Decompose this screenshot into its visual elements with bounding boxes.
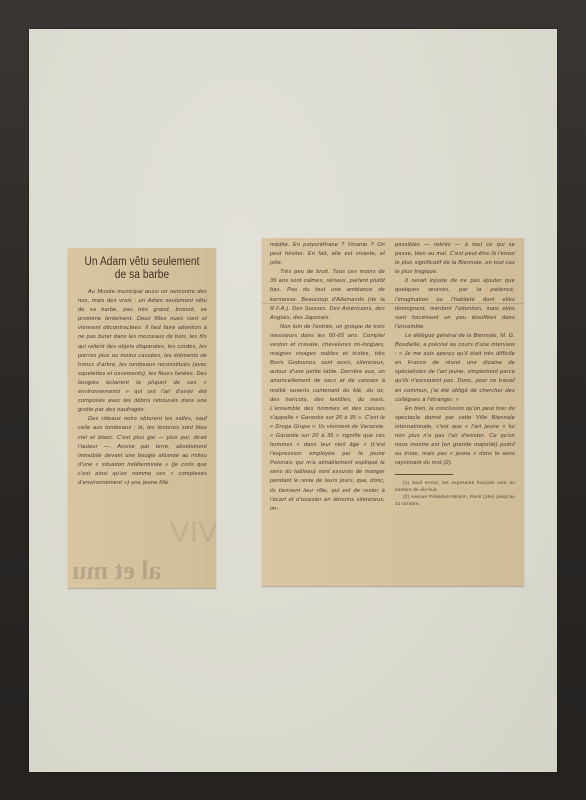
article-column-a: médite. En polyuréthane ? Vivante ? On p… bbox=[270, 241, 385, 514]
bleed-through-large: VIV bbox=[88, 516, 216, 550]
paper-sheet: VIV Un Adam vêtu seulement de sa barbe A… bbox=[29, 29, 557, 772]
clipping-right: médite. En polyuréthane ? Vivante ? On p… bbox=[262, 238, 524, 586]
clipping-headline: Un Adam vêtu seulement de sa barbe bbox=[82, 256, 202, 282]
paragraph: Des rideaux noirs obturent les salles, s… bbox=[78, 415, 207, 488]
footnote-divider bbox=[395, 474, 453, 475]
footnote: (1) Sauf erreur, les exposants français … bbox=[395, 479, 515, 493]
article-body-left: Au Musée municipal aussi on rencontre de… bbox=[78, 288, 207, 488]
footnotes: (1) Sauf erreur, les exposants français … bbox=[395, 479, 515, 507]
paragraph: Très peu de bruit. Tous ces moins de 35 … bbox=[270, 268, 385, 323]
clipping-left: VIV Un Adam vêtu seulement de sa barbe A… bbox=[68, 248, 216, 588]
footnote: (2) Avenue Président-Wilson, Paris (16e)… bbox=[395, 493, 515, 507]
paragraph: En bien, la conclusion qu'on peut tirer … bbox=[395, 405, 515, 469]
paragraph: Il serait injuste de ne pas ajouter que … bbox=[395, 277, 515, 332]
bleed-through-text: al et mu bbox=[72, 556, 212, 586]
paragraph: médite. En polyuréthane ? Vivante ? On p… bbox=[270, 241, 385, 268]
paragraph: passibles — retirés — à tout ce qui se p… bbox=[395, 241, 515, 277]
paragraph: Le délégué général de la Biennale, M. G.… bbox=[395, 332, 515, 405]
paragraph: Au Musée municipal aussi on rencontre de… bbox=[78, 288, 207, 415]
article-column-b: passibles — retirés — à tout ce qui se p… bbox=[395, 241, 515, 507]
paragraph: Non loin de l'entrée, un groupe de trois… bbox=[270, 323, 385, 514]
